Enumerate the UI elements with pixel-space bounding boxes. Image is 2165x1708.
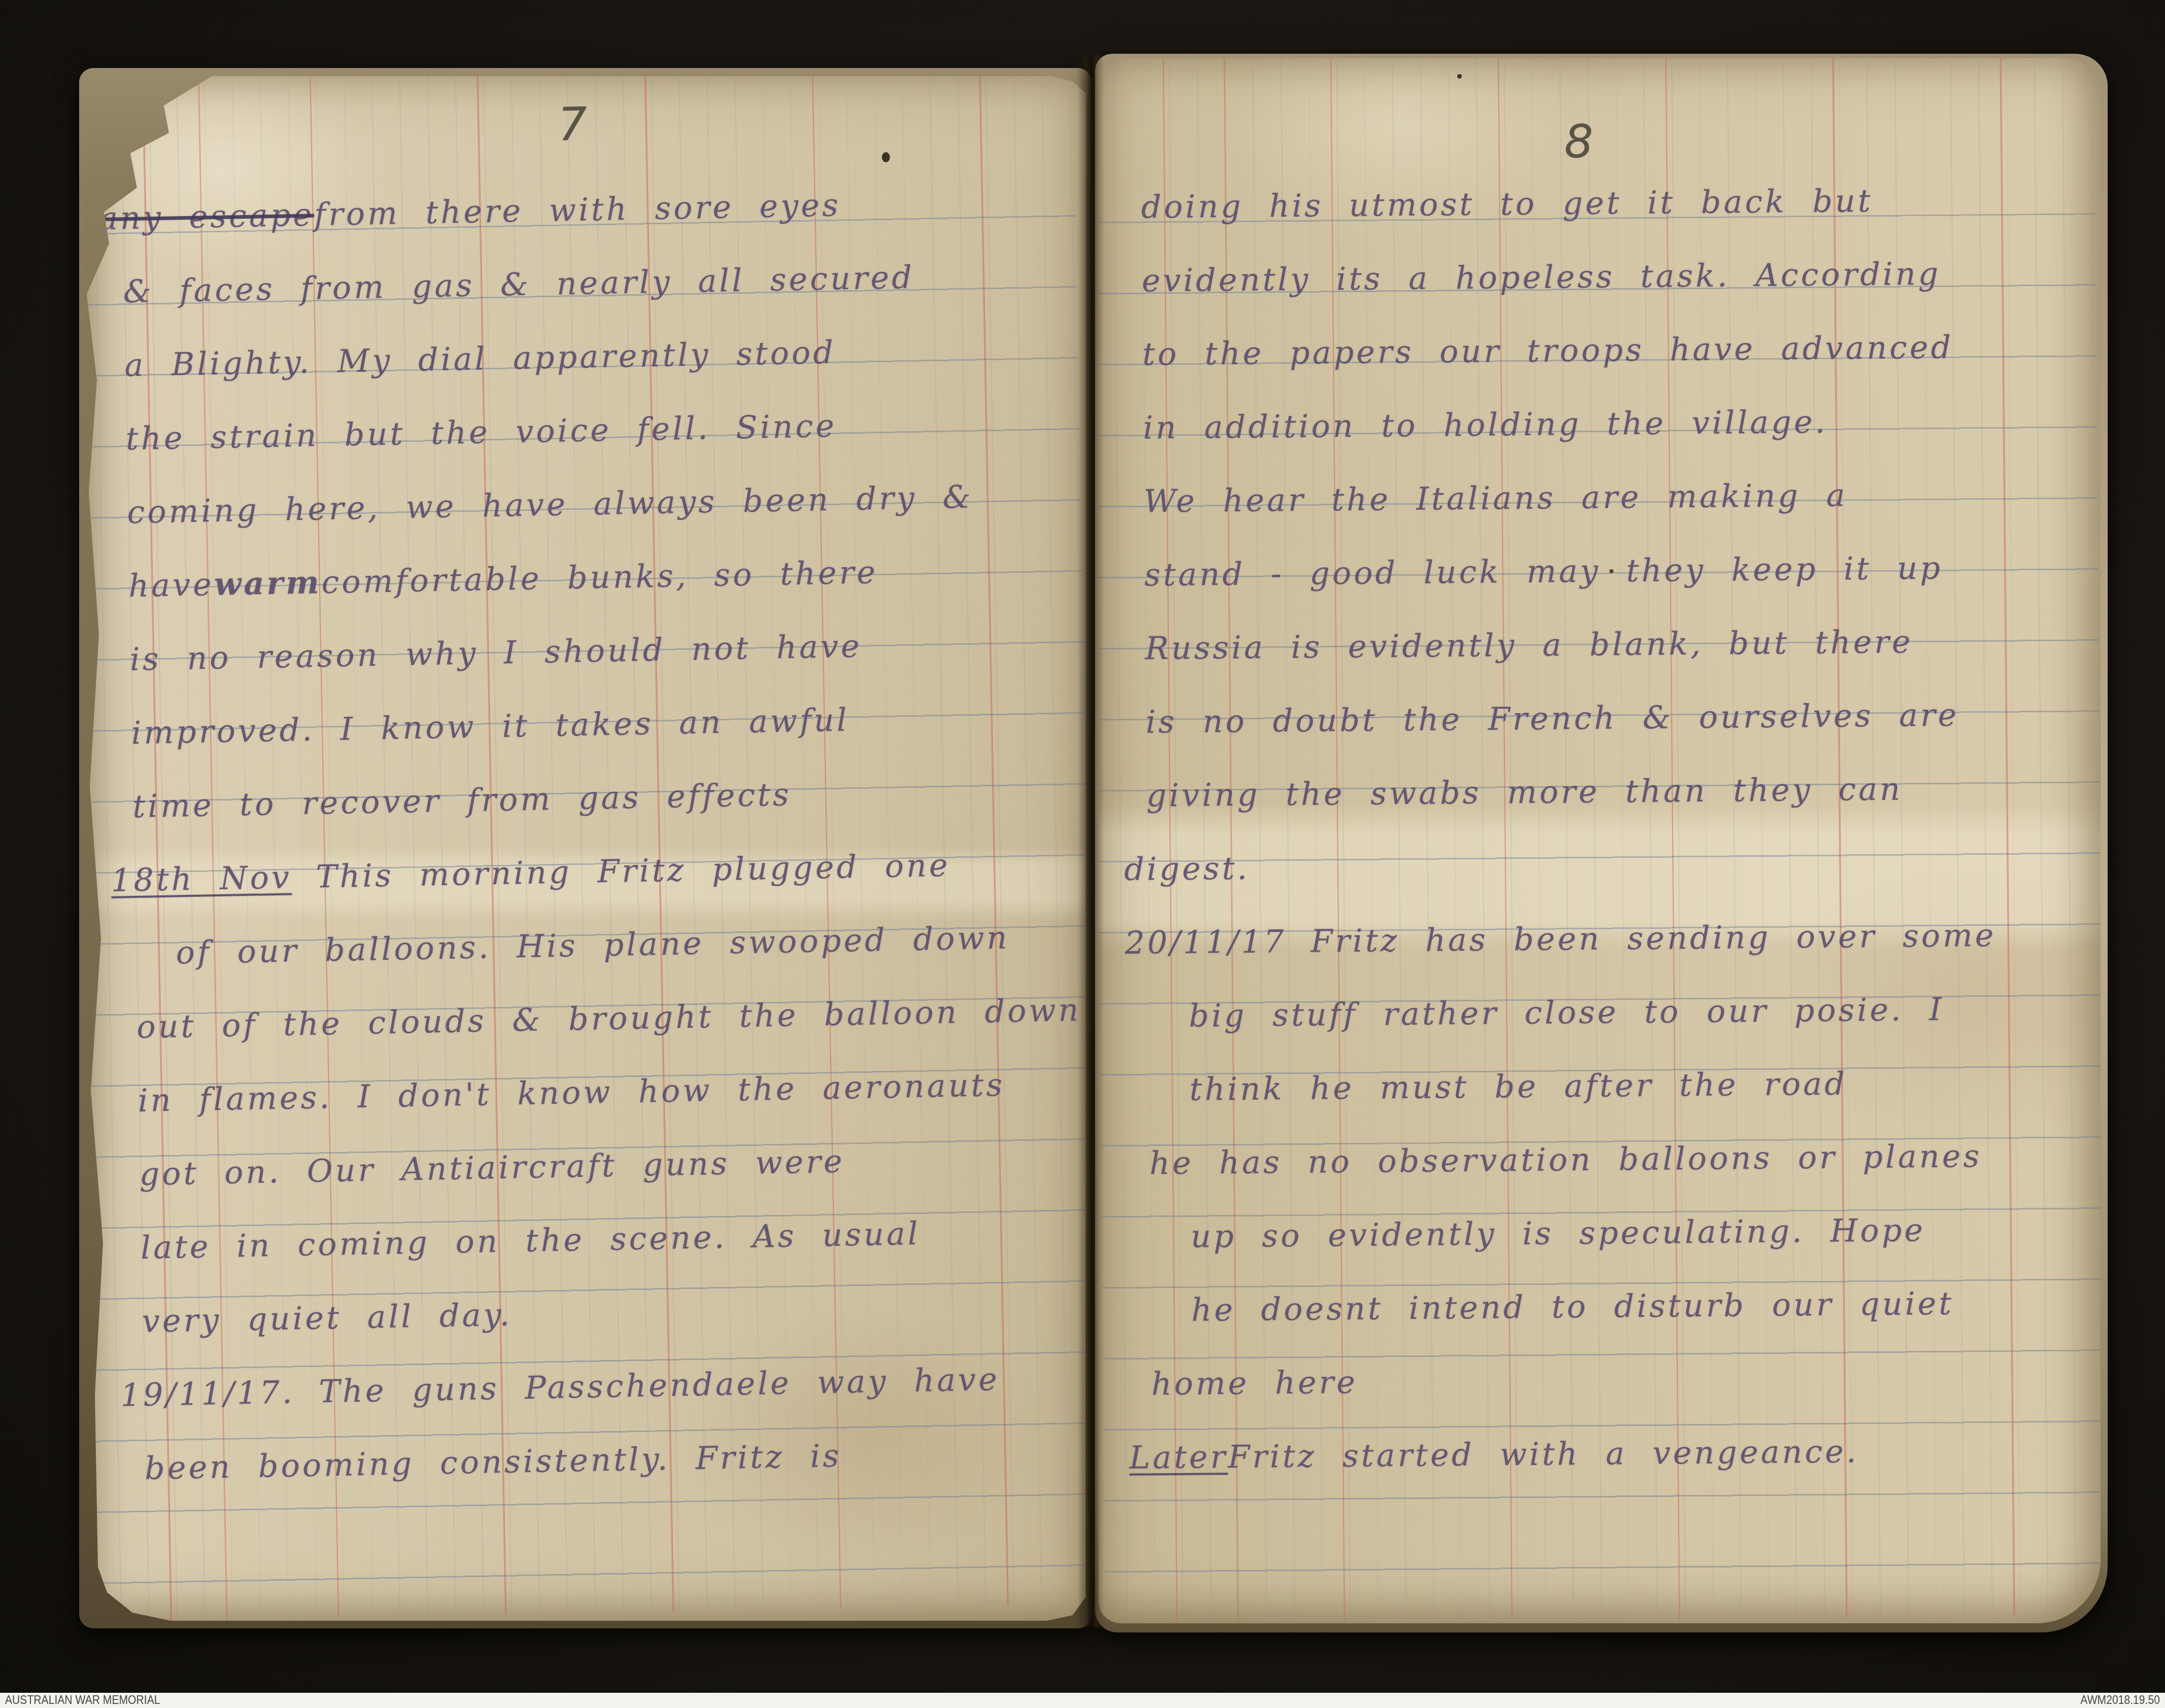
- handwritten-text-segment: to the papers our troops have advanced: [1142, 332, 1953, 370]
- handwritten-text-segment: Russia is evidently a blank, but there: [1145, 626, 1913, 664]
- handwritten-text-segment: is no doubt the French & ourselves are: [1146, 700, 1960, 738]
- handwritten-text-segment: any escape: [98, 199, 314, 234]
- handwritten-text-segment: stand - good luck may they keep it up: [1144, 552, 1943, 591]
- handwritten-line: giving the swabs more than they can: [1098, 732, 2090, 814]
- left-page-content: 7 any escape from there with sore eyes& …: [84, 76, 1086, 1621]
- handwritten-text-segment: think he must be after the road: [1189, 1068, 1847, 1105]
- handwritten-text-segment: doing his utmost to get it back but: [1141, 185, 1873, 223]
- handwritten-text-segment: 19/11/17.: [120, 1376, 295, 1411]
- handwritten-line: he doesnt intend to disturb our quiet: [1102, 1247, 2094, 1329]
- handwritten-text-segment: from there with sore eyes: [314, 189, 841, 230]
- left-handwriting-block: any escape from there with sore eyes& fa…: [84, 146, 1086, 1487]
- handwritten-text-segment: have: [128, 569, 215, 602]
- handwritten-text-segment: comfortable bunks, so there: [321, 556, 878, 598]
- left-page-number: 7: [558, 98, 588, 152]
- diary-photo-canvas: 7 any escape from there with sore eyes& …: [0, 0, 2165, 1708]
- handwritten-text-segment: giving the swabs more than they can: [1146, 774, 1903, 812]
- archive-caption-bar: AUSTRALIAN WAR MEMORIAL AWM2018.19.50: [0, 1693, 2165, 1708]
- handwritten-line: stand - good luck may they keep it up: [1098, 511, 2088, 594]
- handwritten-line: doing his utmost to get it back but: [1098, 144, 2085, 226]
- paper-speck: [1609, 569, 1613, 573]
- handwritten-text-segment: warm: [214, 567, 322, 600]
- handwritten-text-segment: big stuff rather close to our posie. I: [1189, 994, 1944, 1032]
- handwritten-text-segment: in addition to holding the village.: [1143, 406, 1828, 444]
- handwritten-text-segment: home here: [1151, 1367, 1358, 1400]
- handwritten-text-segment: 20/11/17: [1124, 926, 1286, 959]
- handwritten-line: home here: [1103, 1320, 2095, 1403]
- notebook-spine-crease: [1078, 55, 1104, 1627]
- handwritten-line: up so evidently is speculating. Hope: [1102, 1173, 2094, 1256]
- handwritten-line: big stuff rather close to our posie. I: [1099, 953, 2092, 1035]
- right-handwriting-block: doing his utmost to get it back butevide…: [1098, 144, 2096, 1476]
- handwritten-text-segment: digest.: [1124, 853, 1250, 885]
- paper-speck: [882, 152, 890, 162]
- handwritten-text-segment: Fritz has been sending over some: [1311, 920, 1997, 957]
- handwritten-line: digest.: [1098, 806, 2091, 888]
- diary-right-page: 8 doing his utmost to get it back butevi…: [1098, 58, 2101, 1623]
- diary-left-page: 7 any escape from there with sore eyes& …: [84, 76, 1086, 1621]
- paper-speck: [1457, 74, 1462, 79]
- handwritten-line: he has no observation balloons or planes: [1101, 1100, 2093, 1182]
- handwritten-line: evidently its a hopeless task. According: [1098, 217, 2086, 299]
- handwritten-line: 20/11/17Fritz has been sending over some: [1099, 879, 2091, 961]
- handwritten-text-segment: Later: [1129, 1441, 1228, 1474]
- handwritten-line: to the papers our troops have advanced: [1098, 291, 2086, 373]
- handwritten-line: think he must be after the road: [1100, 1026, 2092, 1108]
- handwritten-line: Later Fritz started with a vengeance.: [1104, 1394, 2096, 1476]
- handwritten-text-segment: 18th Nov: [111, 861, 292, 896]
- handwritten-text-segment: he doesnt intend to disturb our quiet: [1191, 1288, 1954, 1326]
- right-page-content: 8 doing his utmost to get it back butevi…: [1098, 58, 2101, 1623]
- catalog-number-label: AWM2018.19.50: [2080, 1693, 2160, 1707]
- handwritten-line: Russia is evidently a blank, but there: [1098, 585, 2089, 667]
- handwritten-line: is no doubt the French & ourselves are: [1098, 658, 2089, 741]
- handwritten-text-segment: Fritz started with a vengeance.: [1228, 1436, 1859, 1473]
- handwritten-text-segment: up so evidently is speculating. Hope: [1191, 1214, 1926, 1252]
- handwritten-text-segment: evidently its a hopeless task. According: [1142, 258, 1941, 297]
- archive-name-label: AUSTRALIAN WAR MEMORIAL: [5, 1693, 160, 1707]
- handwritten-text-segment: very quiet all day.: [142, 1299, 512, 1337]
- handwritten-line: in addition to holding the village.: [1098, 364, 2087, 446]
- handwritten-text-segment: he has no observation balloons or planes: [1149, 1140, 1982, 1179]
- handwritten-text-segment: We hear the Italians are making a: [1144, 479, 1848, 517]
- handwritten-line: We hear the Italians are making a: [1098, 438, 2087, 520]
